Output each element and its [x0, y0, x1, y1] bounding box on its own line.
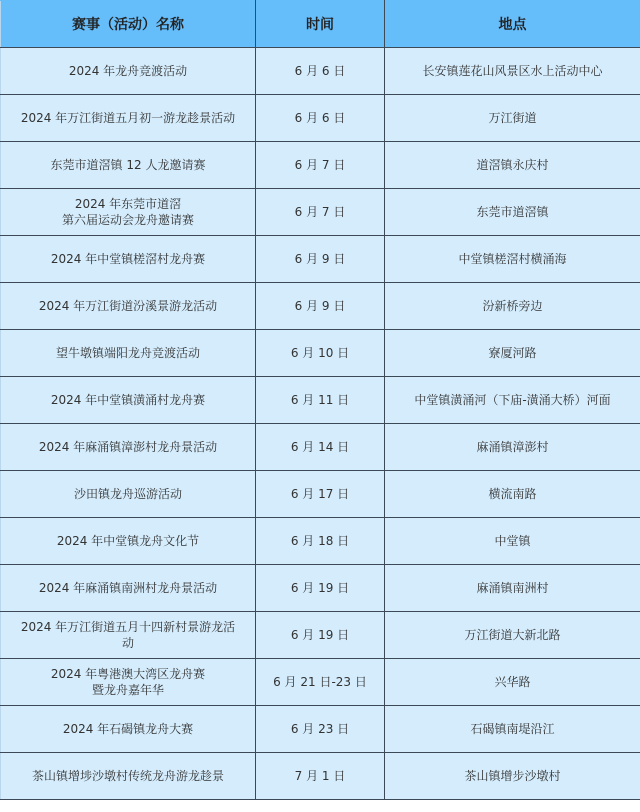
- event-name-cell: 沙田镇龙舟巡游活动: [1, 471, 256, 518]
- table-row: 2024 年麻涌镇漳澎村龙舟景活动 6 月 14 日 麻涌镇漳澎村: [1, 424, 640, 471]
- location-cell: 兴华路: [385, 659, 640, 706]
- event-name-line: 第六届运动会龙舟邀请赛: [5, 212, 251, 228]
- event-name-cell: 2024 年万江街道五月初一游龙趁景活动: [1, 95, 256, 142]
- location-cell: 长安镇莲花山风景区水上活动中心: [385, 48, 640, 95]
- date-cell: 6 月 7 日: [256, 189, 385, 236]
- date-cell: 6 月 6 日: [256, 95, 385, 142]
- date-cell: 7 月 1 日: [256, 753, 385, 800]
- table-row: 2024 年万江街道五月初一游龙趁景活动 6 月 6 日 万江街道: [1, 95, 640, 142]
- event-name-cell: 2024 年东莞市道滘 第六届运动会龙舟邀请赛: [1, 189, 256, 236]
- date-cell: 6 月 6 日: [256, 48, 385, 95]
- location-cell: 麻涌镇漳澎村: [385, 424, 640, 471]
- location-cell: 横流南路: [385, 471, 640, 518]
- location-cell: 中堂镇: [385, 518, 640, 565]
- table-row: 2024 年龙舟竞渡活动 6 月 6 日 长安镇莲花山风景区水上活动中心: [1, 48, 640, 95]
- event-name-line: 2024 年粤港澳大湾区龙舟赛: [5, 666, 251, 682]
- event-name-cell: 2024 年麻涌镇南洲村龙舟景活动: [1, 565, 256, 612]
- date-cell: 6 月 9 日: [256, 236, 385, 283]
- table-row: 2024 年中堂镇潢涌村龙舟赛 6 月 11 日 中堂镇潢涌河（下庙-潢涌大桥）…: [1, 377, 640, 424]
- date-cell: 6 月 17 日: [256, 471, 385, 518]
- location-cell: 东莞市道滘镇: [385, 189, 640, 236]
- table-row: 望牛墩镇端阳龙舟竞渡活动 6 月 10 日 寮厦河路: [1, 330, 640, 377]
- event-name-line: 动: [5, 635, 251, 651]
- table-row: 2024 年中堂镇槎滘村龙舟赛 6 月 9 日 中堂镇槎滘村横涌海: [1, 236, 640, 283]
- location-cell: 万江街道大新北路: [385, 612, 640, 659]
- date-cell: 6 月 18 日: [256, 518, 385, 565]
- date-cell: 6 月 23 日: [256, 706, 385, 753]
- table-row: 2024 年东莞市道滘 第六届运动会龙舟邀请赛 6 月 7 日 东莞市道滘镇: [1, 189, 640, 236]
- event-name-cell: 2024 年中堂镇槎滘村龙舟赛: [1, 236, 256, 283]
- header-event-name: 赛事（活动）名称: [1, 1, 256, 48]
- table-row: 2024 年石碣镇龙舟大赛 6 月 23 日 石碣镇南堤沿江: [1, 706, 640, 753]
- location-cell: 万江街道: [385, 95, 640, 142]
- event-name-line: 暨龙舟嘉年华: [5, 682, 251, 698]
- date-cell: 6 月 9 日: [256, 283, 385, 330]
- table-row: 2024 年万江街道五月十四新村景游龙活 动 6 月 19 日 万江街道大新北路: [1, 612, 640, 659]
- event-name-cell: 东莞市道滘镇 12 人龙邀请赛: [1, 142, 256, 189]
- event-name-cell: 2024 年万江街道汾溪景游龙活动: [1, 283, 256, 330]
- location-cell: 中堂镇槎滘村横涌海: [385, 236, 640, 283]
- event-name-cell: 2024 年粤港澳大湾区龙舟赛 暨龙舟嘉年华: [1, 659, 256, 706]
- date-cell: 6 月 19 日: [256, 565, 385, 612]
- date-cell: 6 月 14 日: [256, 424, 385, 471]
- location-cell: 中堂镇潢涌河（下庙-潢涌大桥）河面: [385, 377, 640, 424]
- date-cell: 6 月 11 日: [256, 377, 385, 424]
- event-name-cell: 2024 年中堂镇潢涌村龙舟赛: [1, 377, 256, 424]
- date-cell: 6 月 7 日: [256, 142, 385, 189]
- event-name-cell: 2024 年麻涌镇漳澎村龙舟景活动: [1, 424, 256, 471]
- header-date: 时间: [256, 1, 385, 48]
- table-row: 东莞市道滘镇 12 人龙邀请赛 6 月 7 日 道滘镇永庆村: [1, 142, 640, 189]
- date-cell: 6 月 10 日: [256, 330, 385, 377]
- date-cell: 6 月 19 日: [256, 612, 385, 659]
- location-cell: 汾新桥旁边: [385, 283, 640, 330]
- table-row: 2024 年麻涌镇南洲村龙舟景活动 6 月 19 日 麻涌镇南洲村: [1, 565, 640, 612]
- location-cell: 茶山镇增步沙墩村: [385, 753, 640, 800]
- event-name-cell: 茶山镇增埗沙墩村传统龙舟游龙趁景: [1, 753, 256, 800]
- date-cell: 6 月 21 日-23 日: [256, 659, 385, 706]
- location-cell: 寮厦河路: [385, 330, 640, 377]
- table-row: 2024 年中堂镇龙舟文化节 6 月 18 日 中堂镇: [1, 518, 640, 565]
- table-row: 2024 年万江街道汾溪景游龙活动 6 月 9 日 汾新桥旁边: [1, 283, 640, 330]
- location-cell: 石碣镇南堤沿江: [385, 706, 640, 753]
- table-row: 沙田镇龙舟巡游活动 6 月 17 日 横流南路: [1, 471, 640, 518]
- header-location: 地点: [385, 1, 640, 48]
- table-header-row: 赛事（活动）名称 时间 地点: [1, 1, 640, 48]
- location-cell: 麻涌镇南洲村: [385, 565, 640, 612]
- event-name-cell: 2024 年龙舟竞渡活动: [1, 48, 256, 95]
- event-name-line: 2024 年东莞市道滘: [5, 196, 251, 212]
- event-name-cell: 2024 年万江街道五月十四新村景游龙活 动: [1, 612, 256, 659]
- event-name-cell: 2024 年石碣镇龙舟大赛: [1, 706, 256, 753]
- event-name-line: 2024 年万江街道五月十四新村景游龙活: [5, 619, 251, 635]
- location-cell: 道滘镇永庆村: [385, 142, 640, 189]
- event-name-cell: 望牛墩镇端阳龙舟竞渡活动: [1, 330, 256, 377]
- table-row: 2024 年粤港澳大湾区龙舟赛 暨龙舟嘉年华 6 月 21 日-23 日 兴华路: [1, 659, 640, 706]
- table-row: 茶山镇增埗沙墩村传统龙舟游龙趁景 7 月 1 日 茶山镇增步沙墩村: [1, 753, 640, 800]
- event-name-cell: 2024 年中堂镇龙舟文化节: [1, 518, 256, 565]
- dragon-boat-schedule-table: 赛事（活动）名称 时间 地点 2024 年龙舟竞渡活动 6 月 6 日 长安镇莲…: [0, 0, 640, 800]
